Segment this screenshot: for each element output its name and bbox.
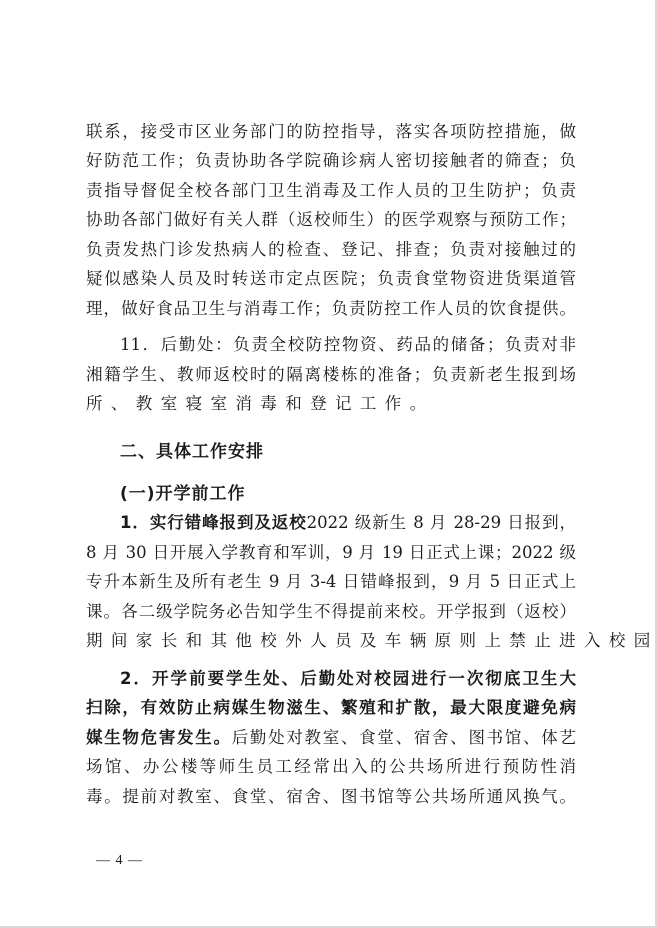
body-line: 疑似感染人员及时转送市定点医院；负责食堂物资进货渠道管 bbox=[86, 264, 576, 293]
body-line: 毒。提前对教室、食堂、宿舍、图书馆等公共场所通风换气。 bbox=[86, 782, 576, 811]
body-line: 场馆、办公楼等师生员工经常出入的公共场所进行预防性消 bbox=[86, 752, 576, 781]
body-line: 负责发热门诊发热病人的检查、登记、排查；负责对接触过的 bbox=[86, 235, 576, 264]
section-heading: 二、具体工作安排 bbox=[120, 438, 576, 467]
item2-normal-tail: 后勤处对教室、食堂、宿舍、图书馆、体艺 bbox=[232, 728, 576, 747]
item2-bold-line: 扫除，有效防止病媒生物滋生、繁殖和扩散，最大限度避免病 bbox=[86, 693, 576, 722]
body-line: 好防范工作；负责协助各学院确诊病人密切接触者的筛查；负 bbox=[86, 146, 576, 175]
body-line: 湘籍学生、教师返校时的隔离楼栋的准备；负责新老生报到场 bbox=[86, 360, 576, 389]
item2-mixed-line: 媒生物危害发生。后勤处对教室、食堂、宿舍、图书馆、体艺 bbox=[86, 723, 576, 752]
item1-first-line: 1．实行错峰报到及返校2022 级新生 8 月 28-29 日报到， bbox=[120, 508, 576, 537]
item1-title: 1．实行错峰报到及返校 bbox=[120, 513, 307, 532]
body-line: 期间家长和其他校外人员及车辆原则上禁止进入校园。 bbox=[86, 626, 576, 655]
body-line: 所、教室寝室消毒和登记工作。 bbox=[86, 389, 576, 418]
body-line: 课。各二级学院务必告知学生不得提前来校。开学报到（返校） bbox=[86, 597, 576, 626]
item2-bold-line: 2．开学前要学生处、后勤处对校园进行一次彻底卫生大 bbox=[120, 664, 576, 693]
body-line: 协助各部门做好有关人群（返校师生）的医学观察与预防工作； bbox=[86, 205, 576, 234]
body-line: 责指导督促全校各部门卫生消毒及工作人员的卫生防护；负责 bbox=[86, 176, 576, 205]
body-line: 联系，接受市区业务部门的防控指导，落实各项防控措施，做 bbox=[86, 117, 576, 146]
item2-bold-tail: 媒生物危害发生。 bbox=[86, 728, 232, 747]
document-page: 联系，接受市区业务部门的防控指导，落实各项防控措施，做 好防范工作；负责协助各学… bbox=[0, 0, 657, 928]
item1-text: 2022 级新生 8 月 28-29 日报到， bbox=[307, 513, 576, 532]
page-number: — 4 — bbox=[96, 853, 143, 869]
body-line: 理，做好食品卫生与消毒工作；负责防控工作人员的饮食提供。 bbox=[86, 294, 576, 323]
body-line: 8 月 30 日开展入学教育和军训，9 月 19 日正式上课；2022 级 bbox=[86, 538, 576, 567]
subsection-heading: (一)开学前工作 bbox=[120, 480, 576, 509]
body-line: 专升本新生及所有老生 9 月 3-4 日错峰报到，9 月 5 日正式上 bbox=[86, 567, 576, 596]
paragraph-11-line: 11．后勤处：负责全校防控物资、药品的储备；负责对非 bbox=[120, 330, 576, 359]
